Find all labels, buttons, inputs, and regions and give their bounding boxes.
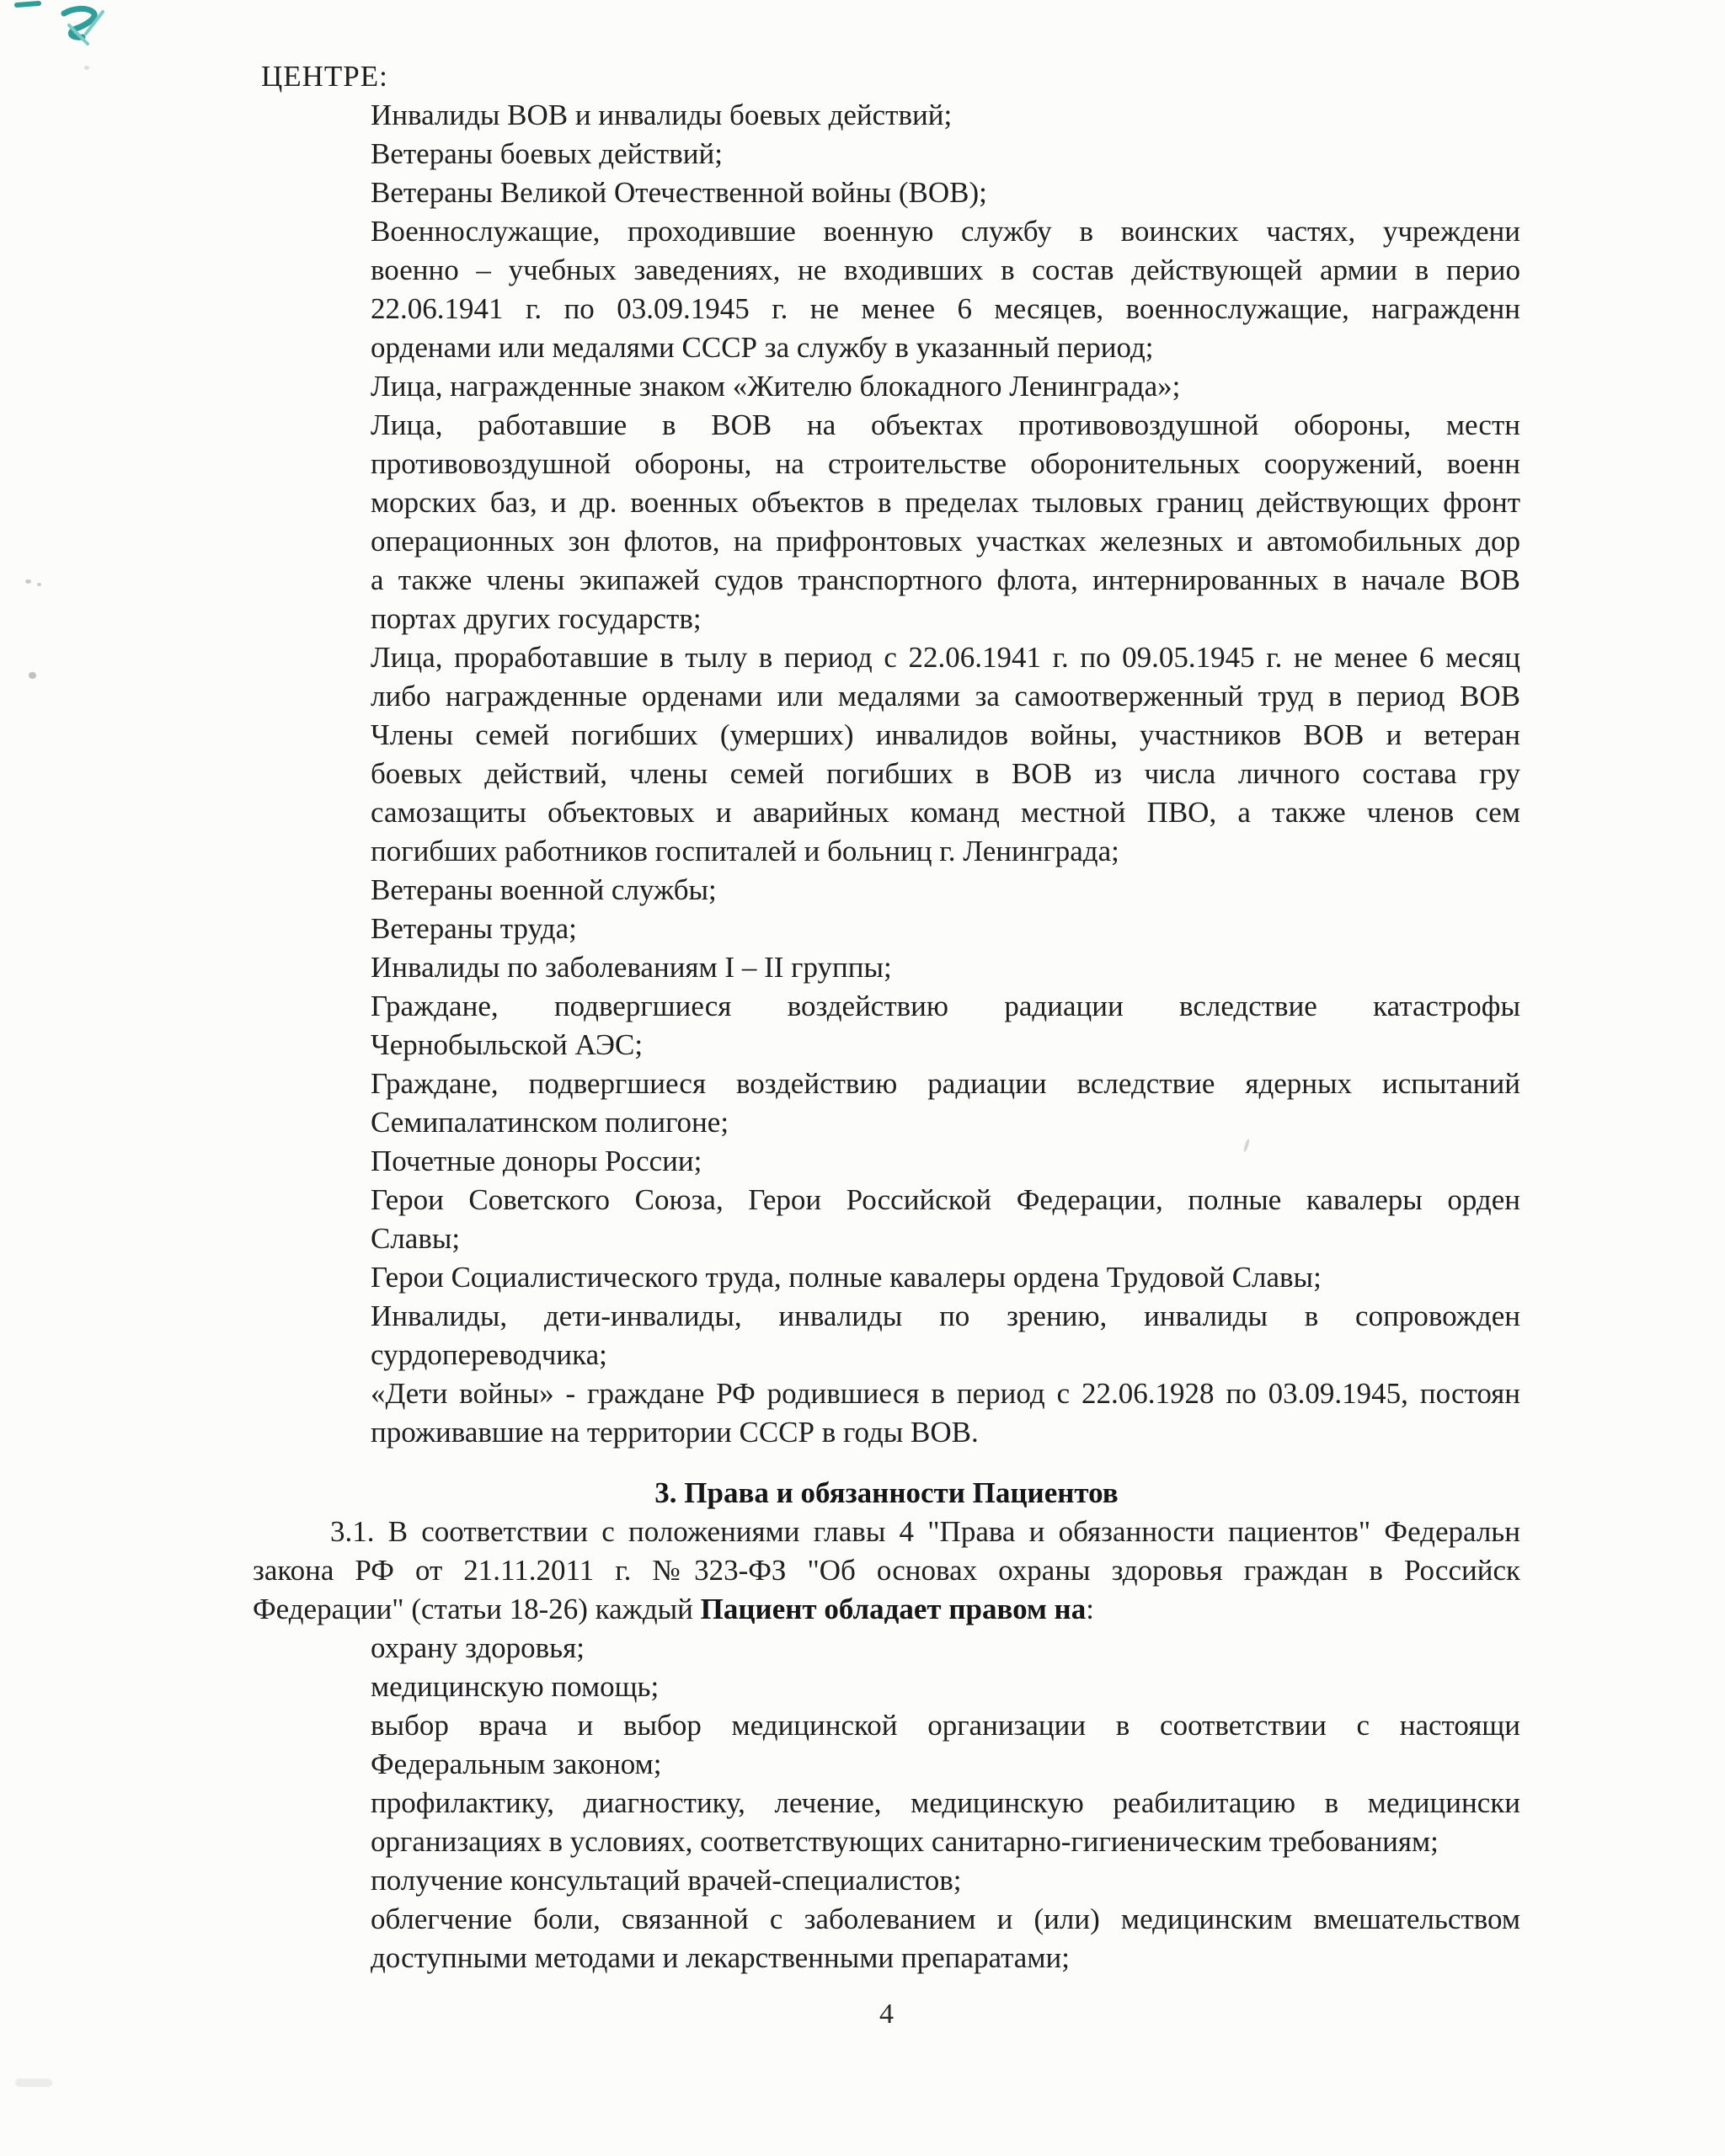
list-item-continuation-line: а также члены экипажей судов транспортно… — [371, 561, 1520, 600]
list-item-line: –Герои Советского Союза, Герои Российско… — [371, 1181, 1520, 1219]
list-item-continuation-line: морских баз, и др. военных объектов в пр… — [371, 483, 1520, 522]
list-item-line: –профилактику, диагностику, лечение, мед… — [371, 1784, 1520, 1822]
list-item-continuation-line: Славы; — [371, 1219, 1520, 1258]
list-item-continuation-line: самозащиты объектовых и аварийных команд… — [371, 793, 1520, 832]
list-item-line: –Инвалиды по заболеваниям I – II группы; — [371, 948, 1520, 987]
list-item-line: –Ветераны Великой Отечественной войны (В… — [371, 173, 1520, 212]
list-item-continuation-line: либо награжденные орденами или медалями … — [371, 677, 1520, 716]
list-item-line: –Ветераны военной службы; — [371, 871, 1520, 910]
list-item-continuation-line: операционных зон флотов, на прифронтовых… — [371, 522, 1520, 561]
scan-speck — [15, 2079, 52, 2087]
list-item-continuation-line: Чернобыльской АЭС; — [371, 1026, 1520, 1065]
list-item-continuation-line: сурдопереводчика; — [371, 1336, 1520, 1374]
document-body: ЦЕНТРЕ:–Инвалиды ВОВ и инвалиды боевых д… — [0, 0, 1725, 1977]
list-item-line: –получение консультаций врачей-специалис… — [371, 1861, 1520, 1900]
section-heading: 3. Права и обязанности Пациентов — [253, 1474, 1520, 1513]
list-intro-label: ЦЕНТРЕ: — [261, 57, 1725, 96]
list-item-continuation-line: боевых действий, члены семей погибших в … — [371, 755, 1520, 793]
list-item-line: –Граждане, подвергшиеся воздействию ради… — [371, 1065, 1520, 1103]
list-item-line: –Лица, награжденные знаком «Жителю блока… — [371, 367, 1520, 406]
list-item-continuation-line: Федеральным законом; — [371, 1745, 1520, 1784]
list-item-continuation-line: противовоздушной обороны, на строительст… — [371, 445, 1520, 483]
list-item-line: –Граждане, подвергшиеся воздействию ради… — [371, 987, 1520, 1026]
list-item-line: –Герои Социалистического труда, полные к… — [371, 1258, 1520, 1297]
list-item-line: –Инвалиды, дети-инвалиды, инвалиды по зр… — [371, 1297, 1520, 1336]
list-item-line: –выбор врача и выбор медицинской организ… — [371, 1706, 1520, 1745]
list-item-line: –Лица, работавшие в ВОВ на объектах прот… — [371, 406, 1520, 445]
list-item-line: –облегчение боли, связанной с заболевани… — [371, 1900, 1520, 1939]
list-item-continuation-line: доступными методами и лекарственными пре… — [371, 1939, 1520, 1977]
list-item-line: –«Дети войны» - граждане РФ родившиеся в… — [371, 1374, 1520, 1413]
list-item-line: –Почетные доноры России; — [371, 1142, 1520, 1181]
scanned-document-page: ЦЕНТРЕ:–Инвалиды ВОВ и инвалиды боевых д… — [0, 0, 1725, 2156]
paragraph-line: закона РФ от 21.11.2011 г. №323-ФЗ "Об о… — [253, 1551, 1520, 1590]
list-item-line: –Военнослужащие, проходившие военную слу… — [371, 212, 1520, 251]
list-item-line: –медицинскую помощь; — [371, 1668, 1520, 1706]
paragraph-first-line: 3.1. В соответствии с положениями главы … — [253, 1513, 1520, 1551]
list-item-continuation-line: орденами или медалями СССР за службу в у… — [371, 328, 1520, 367]
list-item-line: –охрану здоровья; — [371, 1629, 1520, 1668]
page-number: 4 — [253, 1998, 1520, 2031]
list-item-continuation-line: организациях в условиях, соответствующих… — [371, 1822, 1520, 1861]
list-item-line: –Лица, проработавшие в тылу в период с 2… — [371, 638, 1520, 677]
list-item-line: –Ветераны труда; — [371, 910, 1520, 948]
list-item-continuation-line: проживавшие на территории СССР в годы ВО… — [371, 1413, 1520, 1452]
list-item-continuation-line: портах других государств; — [371, 600, 1520, 638]
list-item-line: –Инвалиды ВОВ и инвалиды боевых действий… — [371, 96, 1520, 135]
list-item-continuation-line: военно – учебных заведениях, не входивши… — [371, 251, 1520, 290]
list-item-continuation-line: Семипалатинском полигоне; — [371, 1103, 1520, 1142]
list-item-line: –Ветераны боевых действий; — [371, 135, 1520, 173]
list-item-continuation-line: погибших работников госпиталей и больниц… — [371, 832, 1520, 871]
list-item-line: –Члены семей погибших (умерших) инвалидо… — [371, 716, 1520, 755]
list-item-continuation-line: 22.06.1941 г. по 03.09.1945 г. не менее … — [371, 290, 1520, 328]
paragraph-line: Федерации" (статьи 18-26) каждый Пациент… — [253, 1590, 1520, 1629]
